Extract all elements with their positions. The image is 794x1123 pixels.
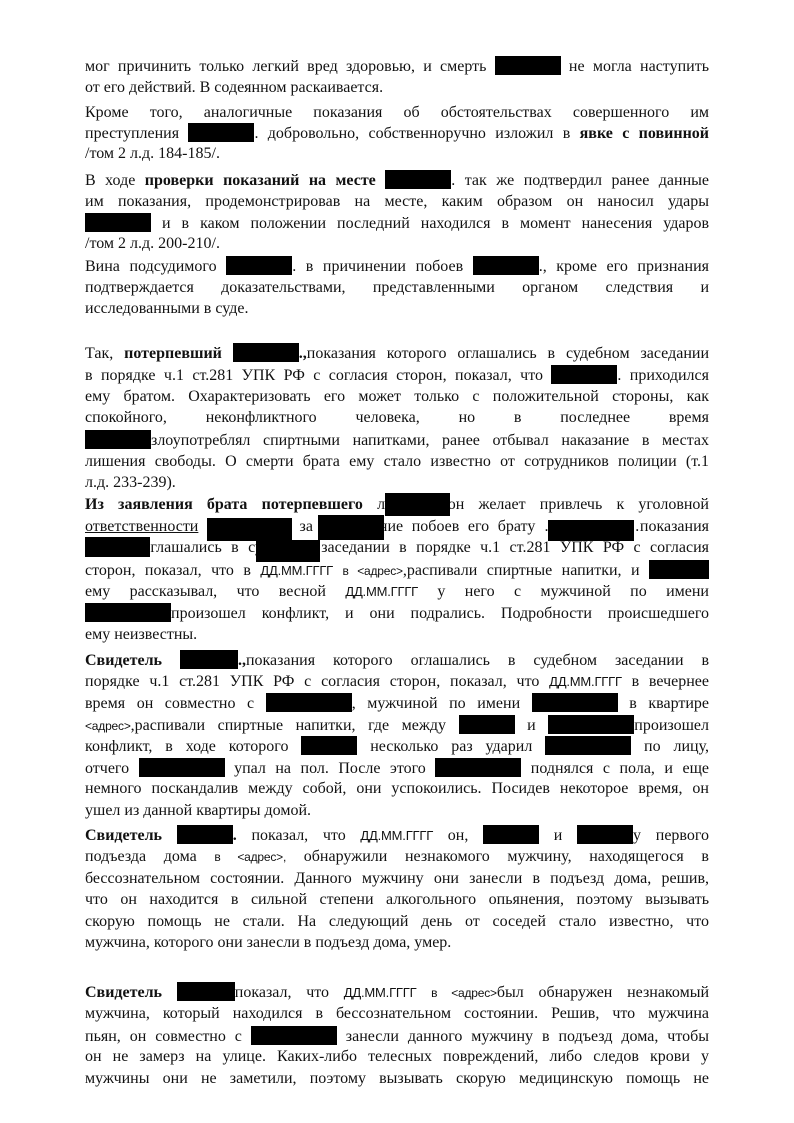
text-run: скорую помощь не стали. На следующий ден… bbox=[85, 913, 709, 930]
text-line: ему неизвестны. bbox=[85, 625, 709, 645]
text-run: подтверждается доказательствами, предста… bbox=[85, 279, 709, 296]
redaction-block bbox=[483, 825, 539, 844]
text-line: он не замерз на улице. Каких-либо телесн… bbox=[85, 1047, 709, 1067]
redaction-block bbox=[385, 493, 450, 516]
text-run: произошел конфликт, и они подрались. Под… bbox=[171, 605, 709, 622]
text-run: ему рассказывал, что весной bbox=[85, 583, 345, 600]
text-line: злоупотреблял спиртными напитками, ранее… bbox=[85, 430, 709, 451]
redaction-block bbox=[85, 213, 151, 232]
text-line: и в каком положении последний находился … bbox=[85, 213, 709, 234]
bold-text: Свидетель bbox=[85, 652, 162, 669]
text-run: в вечернее bbox=[622, 673, 709, 690]
text-line: Свидетель . показал, что ДД.ММ.ГГГГ он, … bbox=[85, 825, 709, 846]
text-line: сторон, показал, что в ДД.ММ.ГГГГ в <адр… bbox=[85, 560, 709, 581]
text-run: мужчины они не заметили, поэтому вызыват… bbox=[85, 1070, 709, 1087]
text-run: ., кроме его признания bbox=[539, 258, 709, 275]
text-line: ушел из данной квартиры домой. bbox=[85, 801, 709, 821]
text-run: он, bbox=[433, 827, 483, 844]
redaction-block bbox=[548, 715, 634, 734]
text-line: Вина подсудимого . в причинении побоев .… bbox=[85, 256, 709, 277]
redaction-block bbox=[649, 560, 709, 579]
text-run: порядке ч.1 ст.281 УПК РФ с согласия сто… bbox=[85, 673, 549, 690]
bold-text: ., bbox=[299, 345, 307, 362]
text-run: ушел из данной квартиры домой. bbox=[85, 802, 311, 819]
text-run: и bbox=[515, 717, 549, 734]
address-placeholder: в <адрес>, bbox=[214, 850, 286, 864]
bold-text: Из заявления брата потерпевшего bbox=[85, 496, 363, 513]
text-run: ,распивали спиртные напитки, и bbox=[403, 562, 649, 579]
text-run: не могла наступить bbox=[561, 58, 709, 75]
text-run: конфликт, в ходе которого bbox=[85, 738, 301, 755]
date-placeholder: ДД.ММ.ГГГГ bbox=[260, 563, 333, 578]
text-run: л.д. 233-239). bbox=[85, 474, 176, 491]
text-line: мужчина, которого они занесли в подъезд … bbox=[85, 933, 709, 953]
text-line: мужчина, который находился в бессознател… bbox=[85, 1004, 709, 1024]
redaction-block bbox=[435, 758, 521, 777]
text-line: конфликт, в ходе которого несколько раз … bbox=[85, 736, 709, 757]
redaction-block bbox=[473, 256, 539, 275]
text-run bbox=[376, 172, 385, 189]
text-line: Свидетель .,показания которого оглашалис… bbox=[85, 650, 709, 671]
text-run: /том 2 л.д. 184-185/. bbox=[85, 145, 220, 162]
text-run: несколько раз ударил bbox=[357, 738, 545, 755]
text-line: пьян, он совместно с занесли данного муж… bbox=[85, 1026, 709, 1047]
text-run: В ходе bbox=[85, 172, 145, 189]
redaction-block bbox=[226, 256, 292, 275]
date-placeholder: ДД.ММ.ГГГГ bbox=[360, 828, 433, 843]
redaction-block bbox=[177, 825, 233, 844]
text-run bbox=[222, 345, 233, 362]
text-run: спокойного, неконфликтного человека, но … bbox=[85, 409, 709, 426]
text-run bbox=[162, 984, 177, 1001]
text-run: в порядке ч.1 ст.281 УПК РФ с согласия с… bbox=[85, 367, 551, 384]
text-run: ,распивали спиртные напитки, где между bbox=[131, 717, 459, 734]
text-run: /том 2 л.д. 200-210/. bbox=[85, 235, 220, 252]
address-placeholder: в <адрес> bbox=[342, 564, 402, 578]
text-line: произошел конфликт, и они подрались. Под… bbox=[85, 603, 709, 624]
underlined-text: ответственности bbox=[85, 518, 198, 535]
bold-text: проверки показаний на месте bbox=[145, 172, 376, 189]
redaction-block bbox=[301, 736, 357, 755]
text-run bbox=[162, 652, 180, 669]
text-run: в квартире bbox=[618, 695, 709, 712]
redaction-block bbox=[85, 430, 151, 449]
text-line: от его действий. В содеянном раскаиваетс… bbox=[85, 78, 709, 98]
redaction-block bbox=[180, 650, 238, 669]
text-run: от его действий. В содеянном раскаиваетс… bbox=[85, 79, 383, 96]
text-run: мужчина, который находился в бессознател… bbox=[85, 1005, 709, 1022]
redaction-block bbox=[577, 825, 633, 844]
text-line: л.д. 233-239). bbox=[85, 473, 709, 493]
text-line: время он совместно с , мужчиной по имени… bbox=[85, 693, 709, 714]
text-line: порядке ч.1 ст.281 УПК РФ с согласия сто… bbox=[85, 672, 709, 692]
text-run bbox=[162, 827, 177, 844]
text-run: подъезда дома bbox=[85, 848, 214, 865]
text-line: /том 2 л.д. 200-210/. bbox=[85, 234, 709, 254]
redaction-block bbox=[532, 693, 618, 712]
text-run: . так же подтвердил ранее данные bbox=[451, 172, 709, 189]
text-run: произошел bbox=[634, 717, 709, 734]
text-line: <адрес>,распивали спиртные напитки, где … bbox=[85, 715, 709, 736]
text-run: ……… оглашались в судебном заседании в по… bbox=[85, 539, 709, 556]
text-line: в порядке ч.1 ст.281 УПК РФ с согласия с… bbox=[85, 365, 709, 386]
text-run: Вина подсудимого bbox=[85, 258, 226, 275]
text-run: сторон, показал, что в bbox=[85, 562, 260, 579]
text-run: что он находится в сильной степени алког… bbox=[85, 891, 709, 908]
address-placeholder: <адрес> bbox=[85, 719, 131, 733]
text-line: Кроме того, аналогичные показания об обс… bbox=[85, 103, 709, 123]
text-line: что он находится в сильной степени алког… bbox=[85, 890, 709, 910]
text-run: по лицу, bbox=[631, 738, 709, 755]
text-run: был обнаружен незнакомый bbox=[497, 984, 709, 1001]
text-line: подъезда дома в <адрес>, обнаружили незн… bbox=[85, 847, 709, 867]
redaction-block bbox=[318, 515, 384, 540]
text-run: исследованными в суде. bbox=[85, 300, 248, 317]
text-run: у него с мужчиной по имени bbox=[418, 583, 709, 600]
redaction-block bbox=[266, 693, 352, 712]
text-run: ему братом. Охарактеризовать его может т… bbox=[85, 388, 709, 405]
text-run: отчего bbox=[85, 760, 139, 777]
text-run: показал, что bbox=[237, 827, 361, 844]
text-run: , мужчиной по имени bbox=[352, 695, 532, 712]
text-run: он не замерз на улице. Каких-либо телесн… bbox=[85, 1048, 709, 1065]
date-placeholder: ДД.ММ.ГГГГ bbox=[549, 674, 622, 689]
text-line: бессознательном состоянии. Данного мужчи… bbox=[85, 869, 709, 889]
text-run: бессознательном состоянии. Данного мужчи… bbox=[85, 870, 709, 887]
text-line: ему рассказывал, что весной ДД.ММ.ГГГГ у… bbox=[85, 582, 709, 602]
text-line: немного поскандалив между собой, они усп… bbox=[85, 779, 709, 799]
text-line: им показания, продемонстрировав на месте… bbox=[85, 192, 709, 212]
redaction-block bbox=[459, 715, 515, 734]
bold-text: Свидетель bbox=[85, 827, 162, 844]
text-run: злоупотреблял спиртными напитками, ранее… bbox=[151, 432, 709, 449]
date-placeholder: ДД.ММ.ГГГГ bbox=[345, 584, 418, 599]
text-line: /том 2 л.д. 184-185/. bbox=[85, 144, 709, 164]
text-run: показания которого оглашались в судебном… bbox=[307, 345, 709, 362]
text-run: . приходился bbox=[617, 367, 709, 384]
text-run: показал, что bbox=[235, 984, 344, 1001]
text-line: спокойного, неконфликтного человека, но … bbox=[85, 408, 709, 428]
text-run: поднялся с пола, и еще bbox=[521, 760, 709, 777]
text-run: . в причинении побоев bbox=[292, 258, 473, 275]
redaction-block bbox=[385, 170, 451, 189]
text-run: мог причинить только легкий вред здоровь… bbox=[85, 58, 495, 75]
redaction-block bbox=[251, 1026, 337, 1045]
text-line: ему братом. Охарактеризовать его может т… bbox=[85, 387, 709, 407]
text-run: Кроме того, аналогичные показания об обс… bbox=[85, 104, 709, 121]
text-run: занесли данного мужчину в подъезд дома, … bbox=[337, 1028, 709, 1045]
bold-text: Свидетель bbox=[85, 984, 162, 1001]
text-run: упал на пол. После этого bbox=[225, 760, 436, 777]
redaction-block bbox=[85, 537, 150, 557]
text-line: исследованными в суде. bbox=[85, 299, 709, 319]
text-run bbox=[416, 984, 431, 1001]
document-page: мог причинить только легкий вред здоровь… bbox=[0, 0, 794, 1123]
text-run: время он совместно с bbox=[85, 695, 266, 712]
text-run: и в каком положении последний находился … bbox=[151, 215, 709, 232]
address-placeholder: в <адрес> bbox=[431, 986, 497, 1000]
text-run: немного поскандалив между собой, они усп… bbox=[85, 780, 709, 797]
text-run: пьян, он совместно с bbox=[85, 1028, 251, 1045]
text-run: Так, bbox=[85, 345, 124, 362]
redaction-block bbox=[139, 758, 225, 777]
redaction-block bbox=[545, 736, 631, 755]
text-line: Свидетель показал, что ДД.ММ.ГГГГ в <адр… bbox=[85, 982, 709, 1003]
text-line: мужчины они не заметили, поэтому вызыват… bbox=[85, 1069, 709, 1089]
text-run: преступления bbox=[85, 125, 188, 142]
text-line: подтверждается доказательствами, предста… bbox=[85, 278, 709, 298]
text-run: у первого bbox=[633, 827, 709, 844]
bold-text: потерпевший bbox=[124, 345, 222, 362]
redaction-block bbox=[551, 365, 617, 384]
text-run: показания которого оглашались в судебном… bbox=[246, 652, 709, 669]
redaction-block bbox=[548, 520, 634, 541]
text-run: лишения свободы. О смерти брата ему стал… bbox=[85, 453, 709, 470]
text-run: ему неизвестны. bbox=[85, 626, 197, 643]
text-run: мужчина, которого они занесли в подъезд … bbox=[85, 934, 451, 951]
text-line: ……… оглашались в судебном заседании в по… bbox=[85, 538, 709, 558]
redaction-block bbox=[177, 982, 235, 1001]
text-line: В ходе проверки показаний на месте . так… bbox=[85, 170, 709, 191]
redaction-block bbox=[233, 343, 299, 362]
text-line: преступления . добровольно, собственнору… bbox=[85, 123, 709, 144]
bold-text: ., bbox=[238, 652, 246, 669]
text-run: и bbox=[539, 827, 577, 844]
text-run: им показания, продемонстрировав на месте… bbox=[85, 193, 709, 210]
text-line: отчего упал на пол. После этого поднялся… bbox=[85, 758, 709, 779]
text-run: . добровольно, собственноручно изложил в bbox=[254, 125, 579, 142]
redaction-block bbox=[495, 56, 561, 75]
redaction-block bbox=[207, 518, 292, 541]
redaction-block bbox=[188, 123, 254, 142]
text-line: скорую помощь не стали. На следующий ден… bbox=[85, 912, 709, 932]
bold-text: явке с повинной bbox=[580, 125, 709, 142]
text-line: мог причинить только легкий вред здоровь… bbox=[85, 56, 709, 77]
text-run: обнаружили незнакомого мужчину, находяще… bbox=[286, 848, 709, 865]
text-line: Так, потерпевший .,показания которого ог… bbox=[85, 343, 709, 364]
redaction-block bbox=[256, 540, 320, 562]
redaction-block bbox=[85, 603, 171, 622]
date-placeholder: ДД.ММ.ГГГГ bbox=[344, 985, 417, 1000]
text-line: лишения свободы. О смерти брата ему стал… bbox=[85, 452, 709, 472]
